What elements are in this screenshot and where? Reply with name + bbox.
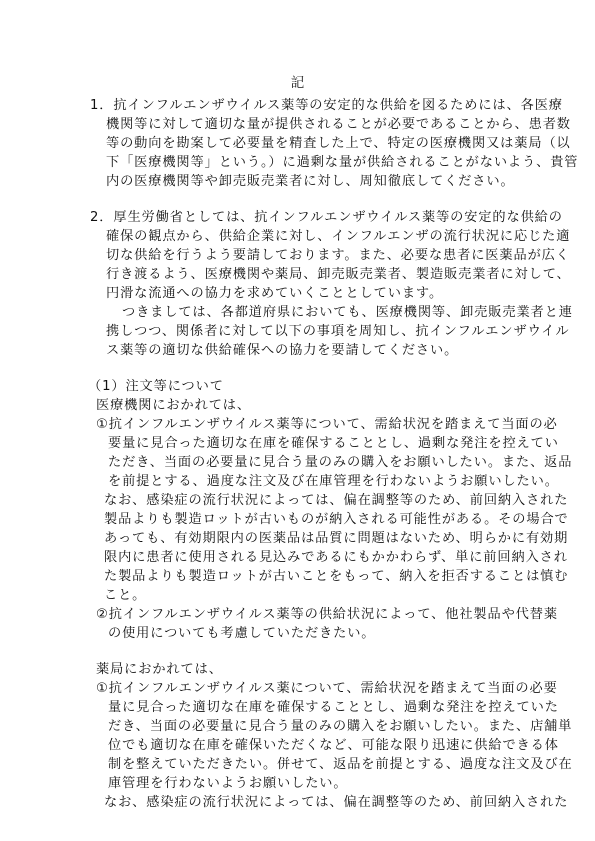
medical-item1-line: ①抗インフルエンザウイルス薬等について、需給状況を踏まえて当面の必 [96,415,558,434]
medical-item1-line: を前提とする、過度な注文及び在庫管理を行わないようお願いしたい。 [108,472,559,491]
pharmacy-item1-line: 庫管理を行わないようお願いしたい。 [108,774,348,793]
medical-intro: 医療機関におかれては、 [96,396,251,415]
section1-line: 下「医療機関等」という。）に過剰な量が供給されることがないよう、貴管 [106,153,578,172]
pharmacy-item1-line: 量に見合った適切な在庫を確保することとし、過剰な発注を控えていた [108,698,559,717]
document-title: 記 [0,71,595,91]
section2-line: 携しつつ、関係者に対して以下の事項を周知し、抗インフルエンザウイル [106,322,569,341]
section1-line: 等の動向を勘案して必要量を精査した上で、特定の医療機関又は薬局（以 [106,134,571,153]
section2-line: 切な供給を行うよう要請しております。また、必要な患者に医薬品が広く [106,246,570,265]
medical-item2-line: の使用についても考慮していただきたい。 [108,624,375,643]
section2-line: 2．厚生労働省としては、抗インフルエンザウイルス薬等の安定的な供給の [90,208,563,227]
medical-item1-line: あっても、有効期限内の医薬品は品質に問題はないため、明らかに有効期 [104,529,568,548]
medical-item1-line: なお、感染症の流行状況によっては、偏在調整等のため、前回納入された [104,491,568,510]
pharmacy-intro: 薬局におかれては、 [96,660,223,679]
medical-item1-line: 限内に患者に使用される見込みであるにもかかわらず、単に前回納入され [104,548,568,567]
medical-item1-line: こと。 [104,586,146,605]
section2-line: 円滑な流通への協力を求めていくこととしています。 [106,284,443,303]
section1-line: 機関等に対して適切な量が提供されることが必要であることから、患者数 [106,115,571,134]
medical-item1-line: 製品よりも製造ロットが古いものが納入される可能性がある。その場合で [104,510,569,529]
medical-item1-line: ただき、当面の必要量に見合う量のみの購入をお願いしたい。また、返品 [108,453,572,472]
medical-item2-line: ②抗インフルエンザウイルス薬等の供給状況によって、他社製品や代替薬 [96,605,558,624]
section1-line: 1．抗インフルエンザウイルス薬等の安定的な供給を図るためには、各医療 [90,96,563,115]
subsection-heading: （1）注文等について [88,377,224,396]
section2-line: ス薬等の適切な供給確保への協力を要請してください。 [106,341,458,360]
section2-line: 確保の観点から、供給企業に対し、インフルエンザの流行状況に応じた適 [106,227,570,246]
pharmacy-item1-line: ①抗インフルエンザウイルス薬について、需給状況を踏まえて当面の必要 [96,679,558,698]
section1-line: 内の医療機関等や卸売販売業者に対し、周知徹底してください。 [106,172,515,191]
pharmacy-item1-line: 制を整えていただきたい。併せて、返品を前提とする、過度な注文及び在 [108,755,573,774]
pharmacy-item1-line: なお、感染症の流行状況によっては、偏在調整等のため、前回納入された [104,793,568,812]
medical-item1-line: 要量に見合った適切な在庫を確保することとし、過剰な発注を控えてい [108,434,559,453]
section2-line: 行き渡るよう、医療機関や薬局、卸売販売業者、製造販売業者に対して、 [106,265,571,284]
section2-line: つきましては、各都道府県においても、医療機関等、卸売販売業者と連 [122,303,573,322]
medical-item1-line: た製品よりも製造ロットが古いことをもって、納入を拒否することは慎む [104,567,568,586]
pharmacy-item1-line: だき、当面の必要量に見合う量のみの購入をお願いしたい。また、店舗単 [108,717,572,736]
pharmacy-item1-line: 位でも適切な在庫を確保いただくなど、可能な限り迅速に供給できる体 [108,736,559,755]
